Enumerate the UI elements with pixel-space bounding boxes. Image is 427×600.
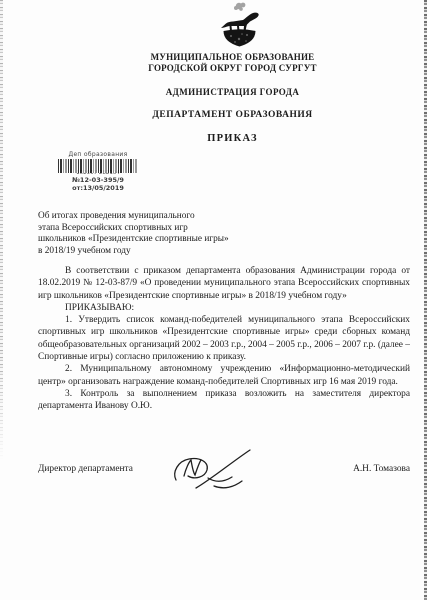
barcode-icon — [58, 159, 138, 173]
subject-line: этапа Всероссийских спортивных игр — [38, 223, 288, 235]
signatory-position: Директор департамента — [38, 464, 133, 474]
subject-line: Об итогах проведения муниципального — [38, 211, 288, 223]
signature-row: Директор департамента А.Н. Томазова — [38, 464, 410, 474]
signatory-name: А.Н. Томазова — [353, 464, 410, 474]
municipality-name-line1: МУНИЦИПАЛЬНОЕ ОБРАЗОВАНИЕ — [50, 52, 415, 62]
order-subject: Об итогах проведения муниципального этап… — [38, 211, 288, 258]
order-item-1: 1. Утвердить список команд-победителей м… — [38, 314, 410, 363]
order-document-page: МУНИЦИПАЛЬНОЕ ОБРАЗОВАНИЕ ГОРОДСКОЙ ОКРУ… — [0, 0, 427, 600]
resolution-word: ПРИКАЗЫВАЮ: — [38, 302, 410, 314]
stamp-registration-number: №12-03-395/9 — [55, 176, 141, 184]
department-title: ДЕПАРТАМЕНТ ОБРАЗОВАНИЯ — [50, 110, 415, 120]
intro-paragraph: В соответствии с приказом департамента о… — [38, 265, 410, 302]
subject-line: в 2018/19 учебном году — [38, 246, 288, 258]
stamp-department-label: Деп образования — [55, 151, 141, 158]
surgut-coat-of-arms-icon — [216, 1, 264, 47]
order-body: В соответствии с приказом департамента о… — [38, 265, 410, 413]
municipality-name-line2: ГОРОДСКОЙ ОКРУГ ГОРОД СУРГУТ — [50, 63, 415, 73]
fox-silhouette — [221, 13, 259, 31]
stamp-date: от:13/05/2019 — [55, 184, 141, 192]
document-type-title: ПРИКАЗ — [50, 133, 415, 144]
scan-artifact-left-edge — [0, 0, 3, 462]
registration-stamp: Деп образования 102907 282104 №12-03-395… — [55, 151, 141, 192]
subject-line: школьников «Президентские спортивные игр… — [38, 234, 288, 246]
order-item-2: 2. Муниципальному автономному учреждению… — [38, 363, 410, 388]
order-item-3: 3. Контроль за выполнением приказа возло… — [38, 388, 410, 413]
shield-lower-half — [224, 29, 256, 46]
administration-title: АДМИНИСТРАЦИЯ ГОРОДА — [50, 87, 415, 97]
